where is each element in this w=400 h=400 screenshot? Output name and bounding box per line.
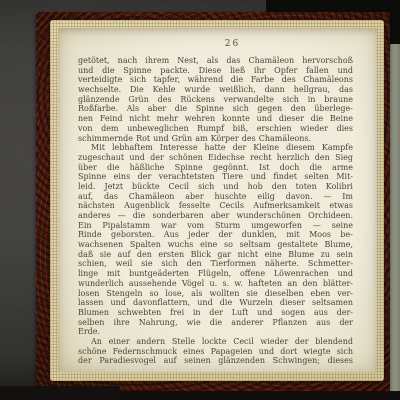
text-line: wachsenen Spalten wuchs eine so seltsam … xyxy=(78,240,353,250)
book-page: 26 getötet, nach ihrem Nest, als das Cha… xyxy=(58,28,377,372)
text-line: lassen und davonflattern, und die Wurzel… xyxy=(78,298,353,308)
text-line: schöne Federnschmuck eines Papageien und… xyxy=(78,347,353,357)
text-line: schimmernde Rot und Grün am Körper des C… xyxy=(78,134,353,144)
bottom-left-shadow xyxy=(0,386,120,400)
text-line: losen Stengeln so lose, als wollten sie … xyxy=(78,289,353,299)
text-line: anderes — die sonderbaren aber wundersch… xyxy=(78,211,353,221)
text-line: Erde. xyxy=(78,327,353,337)
text-line: Ein Pipalstamm war vom Sturm umgeworfen … xyxy=(78,221,353,231)
text-line: getötet, nach ihrem Nest, als das Chamäl… xyxy=(78,56,353,66)
text-line: linge mit buntgeäderten Flügeln, offene … xyxy=(78,269,353,279)
text-line: nen Feind nicht mehr wehren konnte und d… xyxy=(78,114,353,124)
text-line: schien, weil sie sich den Tierformen näh… xyxy=(78,259,353,269)
book-photo: 26 getötet, nach ihrem Nest, als das Cha… xyxy=(0,0,400,400)
text-line: der Paradiesvogel auf seinen glänzenden … xyxy=(78,356,353,366)
text-line: wunderlich aussehende Vögel u. s. w. haf… xyxy=(78,279,353,289)
text-block: getötet, nach ihrem Nest, als das Chamäl… xyxy=(78,56,353,366)
text-line: An einer andern Stelle lockte Cecil wied… xyxy=(78,337,353,347)
text-line: verteidigte sich tapfer, während die Far… xyxy=(78,75,353,85)
text-line: Rinde geborsten. Aus jeder der dunklen, … xyxy=(78,230,353,240)
text-line: Blumen schwebten frei in der Luft und so… xyxy=(78,308,353,318)
text-line: Mit lebhaftem Interesse hatte der Kleine… xyxy=(78,143,353,153)
page-number: 26 xyxy=(58,39,377,49)
text-line: über die häßliche Spinne gegönnt. Ist do… xyxy=(78,163,353,173)
text-line: zugeschaut und der schönen Eidechse rech… xyxy=(78,153,353,163)
text-line: daß sie auf den ersten Blick gar nicht e… xyxy=(78,250,353,260)
text-line: leid. Jetzt bückte Cecil sich und hob de… xyxy=(78,182,353,192)
text-line: auf, das Chamäleon aber huschte eilig da… xyxy=(78,192,353,202)
text-line: von dem unbeweglichen Rumpf biß, erschie… xyxy=(78,124,353,134)
text-line: nächsten Augenblick fesselte Cecils Aufm… xyxy=(78,201,353,211)
text-line: selben ihre Nahrung, wie die anderer Pfl… xyxy=(78,318,353,328)
text-line: wechselte. Die Kehle wurde weißlich, dan… xyxy=(78,85,353,95)
text-line: Roßfarbe. Als aber die Spinne sich gegen… xyxy=(78,104,353,114)
text-line: und die Spinne packte. Diese ließ ihr Op… xyxy=(78,66,353,76)
text-line: Spinne eins der verachtetsten Tiere und … xyxy=(78,172,353,182)
text-line: glänzende Grün des Rückens verwandelte s… xyxy=(78,95,353,105)
